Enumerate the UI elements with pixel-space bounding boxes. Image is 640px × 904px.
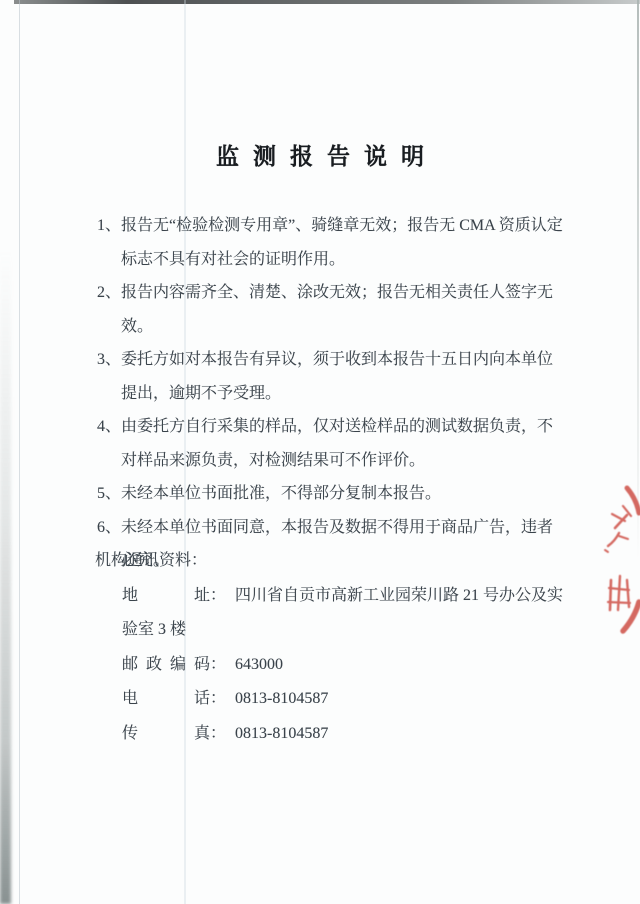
note-number: 3、 [97,351,121,368]
note-number: 6、 [97,519,121,536]
fold-line-left [19,0,20,904]
red-seal-fragment-icon [596,484,640,640]
contact-block: 机构通讯资料： 地址：四川省自贡市高新工业园荣川路 21 号办公及实验室 3 楼… [95,544,575,751]
scan-right-edge [637,0,639,560]
contact-heading: 机构通讯资料： [95,544,575,579]
page-title: 监测报告说明 [0,138,640,171]
scan-left-shadow [0,250,11,904]
note-number: 4、 [97,418,121,435]
contact-colon: ： [210,725,226,742]
contact-label: 邮政编码 [122,648,210,683]
contact-row-phone: 电话：0813-8104587 [95,682,575,717]
note-text: 未经本单位书面批准，不得部分复制本报告。 [121,485,441,502]
note-number: 2、 [97,284,121,301]
contact-value: 643000 [226,656,283,673]
note-item: 2、报告内容需齐全、清楚、涂改无效；报告无相关责任人签字无效。 [97,276,569,343]
contact-label: 传真 [122,717,210,752]
note-number: 5、 [97,485,121,502]
note-item: 3、委托方如对本报告有异议，须于收到本报告十五日内向本单位提出，逾期不予受理。 [97,343,569,410]
scan-top-edge [14,0,640,4]
contact-value: 0813-8104587 [226,725,328,742]
note-text: 报告内容需齐全、清楚、涂改无效；报告无相关责任人签字无效。 [121,284,553,335]
note-number: 1、 [97,217,121,234]
contact-row-postcode: 邮政编码：643000 [95,648,575,683]
note-item: 1、报告无“检验检测专用章”、骑缝章无效；报告无 CMA 资质认定标志不具有对社… [97,209,569,276]
contact-row-fax: 传真：0813-8104587 [95,717,575,752]
notes-list: 1、报告无“检验检测专用章”、骑缝章无效；报告无 CMA 资质认定标志不具有对社… [97,209,569,578]
contact-colon: ： [210,690,226,707]
note-text: 委托方如对本报告有异议，须于收到本报告十五日内向本单位提出，逾期不予受理。 [121,351,553,402]
note-text: 报告无“检验检测专用章”、骑缝章无效；报告无 CMA 资质认定标志不具有对社会的… [121,217,563,268]
scanned-report-page: 监测报告说明 1、报告无“检验检测专用章”、骑缝章无效；报告无 CMA 资质认定… [0,0,640,904]
contact-row-address: 地址：四川省自贡市高新工业园荣川路 21 号办公及实验室 3 楼 [95,579,575,648]
contact-label: 地址 [122,579,210,614]
contact-colon: ： [210,587,226,604]
contact-value: 0813-8104587 [226,690,328,707]
note-item: 5、未经本单位书面批准，不得部分复制本报告。 [97,477,569,511]
contact-colon: ： [210,656,226,673]
note-item: 4、由委托方自行采集的样品，仅对送检样品的测试数据负责，不对样品来源负责，对检测… [97,410,569,477]
note-text: 由委托方自行采集的样品，仅对送检样品的测试数据负责，不对样品来源负责，对检测结果… [121,418,553,469]
contact-label: 电话 [122,682,210,717]
